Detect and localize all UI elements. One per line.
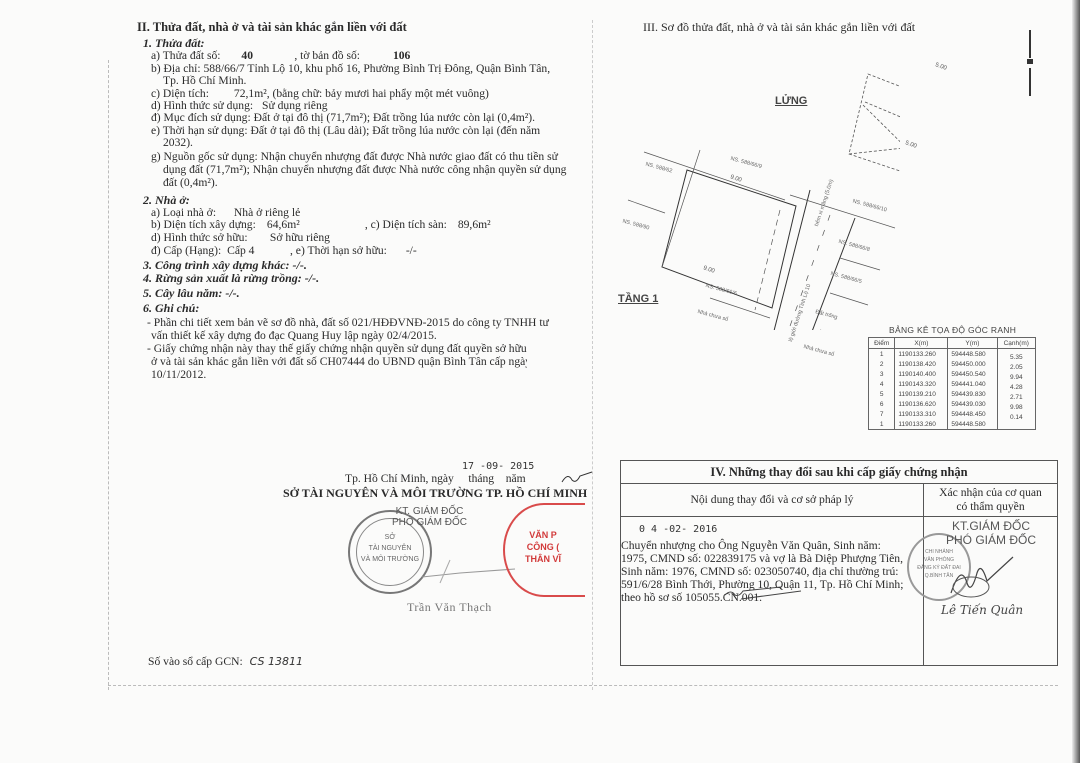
ownership-term-value: -/- [406, 244, 417, 257]
right-title-1: KT.GIÁM ĐỐC [926, 519, 1056, 533]
ownership-label: d) Hình thức sở hữu: [151, 232, 267, 245]
bottom-margin-line [108, 685, 1058, 686]
purpose-value: Đất ở tại đô thị (71,7m²); Đất trồng lúa… [254, 111, 535, 124]
floor-area-value: 89,6m² [458, 218, 491, 231]
grade-row: đ) Cấp (Hạng): Cấp 4 , e) Thời hạn sở hữ… [151, 245, 417, 258]
dim-label: 5.00 [934, 62, 947, 72]
left-title-1: KT. GIÁM ĐỐC [392, 506, 467, 517]
col-x: X(m) [895, 338, 948, 349]
origin-row-2: dụng đất (71,7m²); Nhận chuyển nhượng đấ… [163, 164, 566, 177]
right-title-2: PHÓ GIÁM ĐỐC [926, 533, 1056, 547]
change-line-1: Chuyển nhượng cho Ông Nguyễn Văn Quân, S… [621, 540, 881, 553]
build-area-value: 64,6m² [267, 219, 362, 232]
section-ii-title: II. Thửa đất, nhà ở và tài sản khác gắn … [137, 20, 407, 35]
floor-area-label: , c) Diện tích sàn: [365, 218, 447, 231]
red-seal-line-3: THÂN VĨ [513, 553, 573, 565]
grade-value: Cấp 4 [227, 245, 287, 258]
place-date: Tp. Hồ Chí Minh, ngày tháng năm [345, 473, 526, 486]
certified-copy-seal: VĂN P CÔNG ( THÂN VĨ [503, 503, 585, 597]
notes-heading: 6. Ghi chú: [143, 301, 199, 316]
change-date-stamp: 0 4 -02- 2016 [639, 524, 717, 535]
ownership-value: Sở hữu riêng [270, 231, 330, 244]
parcel-label: a) Thửa đất số: [151, 49, 221, 62]
issuing-agency: SỞ TÀI NGUYÊN VÀ MÔI TRƯỜNG TP. HỒ CHÍ M… [283, 486, 587, 501]
right-signer-name: Lê Tiến Quân [941, 603, 1023, 617]
note-line-4: ở và tài sản khác gắn liền với đất số CH… [151, 356, 527, 369]
change-signature-scribble [721, 585, 811, 604]
build-area-label: b) Diện tích xây dựng: [151, 219, 264, 232]
registry-number: CS 13811 [250, 655, 303, 668]
term-row: e) Thời hạn sử dụng: Đất ở tại đô thị (L… [151, 125, 540, 138]
coord-row: 71190133.310594448.4500.14 [869, 409, 1036, 419]
address-value: 588/66/7 Tỉnh Lộ 10, khu phố 16, Phường … [204, 62, 551, 75]
parcel-number: 40 [241, 50, 291, 63]
mezzanine-outline [849, 74, 900, 188]
red-seal-line-1: VĂN P [513, 529, 573, 541]
right-signature [941, 553, 1021, 606]
north-arrow-icon [1024, 28, 1036, 103]
change-line-3: Sinh năm: 1976, CMND số: 023050740, địa … [621, 566, 898, 579]
parcel-diagram [600, 40, 900, 330]
purpose-row: đ) Mục đích sử dụng: Đất ở tại đô thị (7… [151, 112, 535, 125]
house-area-row: b) Diện tích xây dựng: 64,6m² , c) Diện … [151, 219, 491, 232]
section-iii-title: III. Sơ đồ thửa đất, nhà ở và tài sản kh… [643, 20, 915, 35]
coord-table-header: Điểm X(m) Y(m) Cạnh(m) [869, 338, 1036, 349]
origin-row-3: đất (0,4m²). [163, 177, 218, 190]
ownership-term-label: , e) Thời hạn sở hữu: [290, 244, 387, 257]
origin-value: Nhận chuyển nhượng đất được Nhà nước gia… [261, 150, 558, 163]
coord-row: 21190138.420594450.0002.05 [869, 359, 1036, 369]
mezzanine-label: LỬNG [775, 95, 807, 107]
map-sheet-number: 106 [393, 49, 410, 62]
coord-table-title: BẢNG KÊ TỌA ĐỘ GÓC RANH [889, 325, 1016, 335]
signature-scribble [560, 470, 595, 491]
origin-label: g) Nguồn gốc sử dụng: [151, 150, 258, 163]
note-line-1: - Phần chi tiết xem bản vẽ sơ đồ nhà, đấ… [147, 317, 549, 330]
perennial-trees: 5. Cây lâu năm: -/-. [143, 286, 240, 301]
coord-table: Điểm X(m) Y(m) Cạnh(m) 11190133.26059444… [868, 337, 1036, 430]
note-line-5: 10/11/2012. [151, 369, 206, 382]
ownership-row: d) Hình thức sở hữu: Sở hữu riêng [151, 232, 330, 245]
map-sheet-label: , tờ bản đồ số: [294, 49, 360, 62]
floor1-label: TẦNG 1 [618, 293, 658, 305]
land-parcel-row: a) Thửa đất số: 40 , tờ bản đồ số: 106 [151, 50, 410, 63]
neighbor-label: Nhà chưa số [803, 344, 835, 358]
left-signer-title: KT. GIÁM ĐỐC PHÓ GIÁM ĐỐC [392, 506, 467, 528]
origin-row: g) Nguồn gốc sử dụng: Nhận chuyển nhượng… [151, 151, 558, 164]
changes-title: IV. Những thay đổi sau khi cấp giấy chứn… [621, 461, 1057, 484]
left-title-2: PHÓ GIÁM ĐỐC [392, 517, 467, 528]
col-y: Y(m) [948, 338, 997, 349]
col-edge: Cạnh(m) [997, 338, 1035, 349]
right-signer-title: KT.GIÁM ĐỐC PHÓ GIÁM ĐỐC [926, 519, 1056, 547]
registry-row: Số vào sổ cấp GCN: CS 13811 [148, 656, 303, 669]
purpose-label: đ) Mục đích sử dụng: [151, 111, 251, 124]
address-row-2: Tp. Hồ Chí Minh. [163, 75, 246, 88]
right-edge-shadow [1072, 0, 1080, 763]
changes-table: IV. Những thay đổi sau khi cấp giấy chứn… [620, 460, 1058, 666]
term-row-2: 2032). [163, 137, 193, 150]
left-signer-name: Trần Văn Thạch [407, 600, 492, 615]
floor1-outline [628, 150, 895, 330]
issue-date-stamp: 17 -09- 2015 [462, 461, 534, 472]
left-margin-line [108, 60, 109, 690]
col-point: Điểm [869, 338, 895, 349]
production-forest: 4. Rừng sản xuất là rừng trồng: -/-. [143, 271, 319, 286]
term-value: Đất ở tại đô thị (Lâu dài); Đất trồng lú… [250, 124, 540, 137]
coord-row: 11190133.260594448.580 [869, 419, 1036, 430]
col-change-content: Nội dung thay đổi và cơ sở pháp lý [621, 484, 924, 516]
grade-label: đ) Cấp (Hạng): [151, 244, 221, 257]
coord-row: 41190143.320594441.0404.28 [869, 379, 1036, 389]
change-line-2: 1975, CMND số: 022839175 và vợ là Bà Diệ… [621, 553, 903, 566]
dim-label: 5.00 [904, 140, 917, 150]
red-seal-line-2: CÔNG ( [513, 541, 573, 553]
coord-row: 31190140.400594450.5409.94 [869, 369, 1036, 379]
center-fold-line [592, 20, 593, 690]
registry-label: Số vào sổ cấp GCN: [148, 655, 243, 668]
note-line-3: - Giấy chứng nhận này thay thế giấy chứn… [147, 343, 527, 356]
coord-row: 11190133.260594448.5805.35 [869, 349, 1036, 360]
coord-row: 61190136.620594439.0309.98 [869, 399, 1036, 409]
coord-row: 51190139.210594439.8302.71 [869, 389, 1036, 399]
col-confirmation: Xác nhận của cơ quan có thẩm quyền [924, 484, 1057, 514]
note-line-2: vấn thiết kế xây dựng đo đạc Quang Huy l… [151, 330, 437, 343]
